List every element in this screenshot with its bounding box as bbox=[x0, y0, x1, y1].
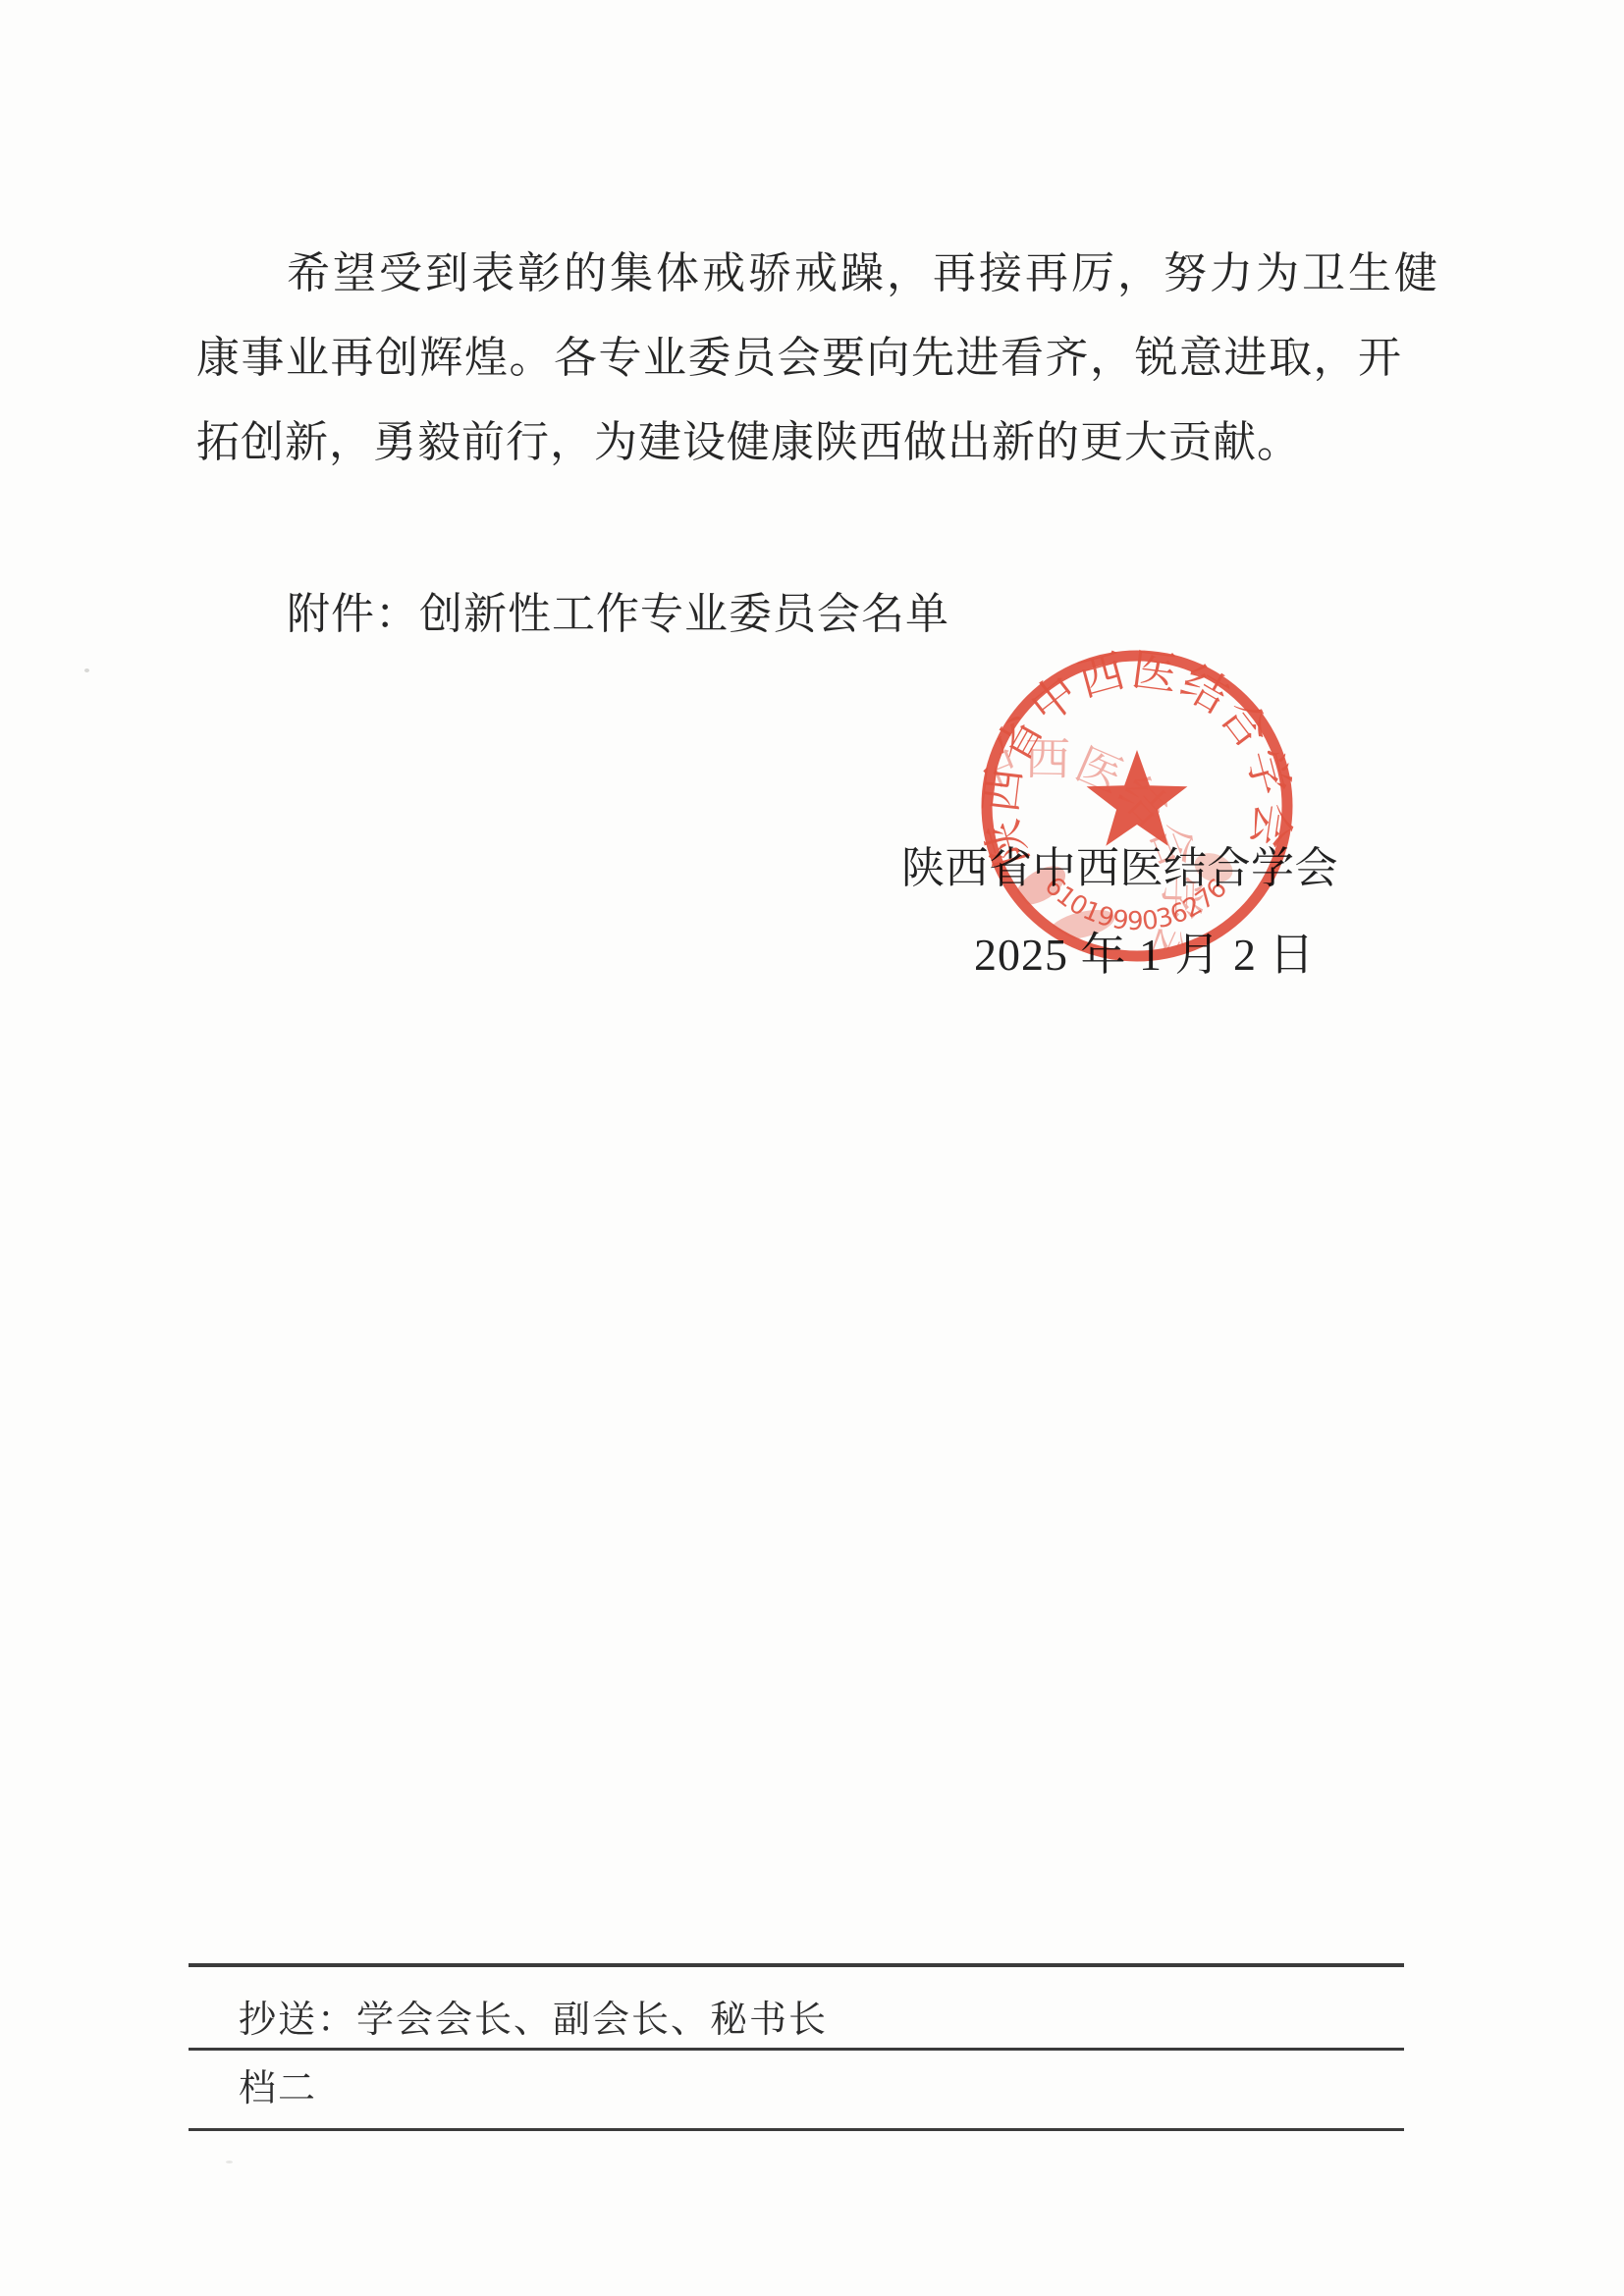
scan-speck bbox=[226, 2161, 233, 2163]
scan-speck bbox=[84, 668, 89, 672]
paragraph-line: 康事业再创辉煌。各专业委员会要向先进看齐，锐意进取，开 bbox=[196, 316, 1419, 400]
paragraph-line: 拓创新，勇毅前行，为建设健康陕西做出新的更大贡献。 bbox=[196, 400, 1419, 485]
seal-star-icon bbox=[1087, 750, 1188, 846]
seal-ring-text: 陕西省中西医结合学会 bbox=[975, 645, 1298, 872]
footer-rule-top bbox=[189, 1963, 1404, 1967]
footer-rule-bottom bbox=[189, 2128, 1404, 2131]
footer-archive-line: 档二 bbox=[239, 2067, 317, 2110]
footer-cc-line: 抄送：学会会长、副会长、秘书长 bbox=[239, 1999, 828, 2042]
footer-rule-middle bbox=[189, 2048, 1404, 2051]
paragraph-line: 希望受到表彰的集体戒骄戒躁，再接再厉，努力为卫生健 bbox=[196, 232, 1419, 316]
scanned-document-page: 希望受到表彰的集体戒骄戒躁，再接再厉，努力为卫生健 康事业再创辉煌。各专业委员会… bbox=[0, 0, 1624, 2296]
seal-main-impression: 陕西省中西医结合学会 6101999036276 bbox=[975, 645, 1298, 956]
seal-ring bbox=[987, 656, 1287, 956]
attachment-line: 附件：创新性工作专业委员会名单 bbox=[287, 590, 949, 639]
signature-date: 2025 年 1 月 2 日 bbox=[974, 929, 1316, 982]
body-paragraph: 希望受到表彰的集体戒骄戒躁，再接再厉，努力为卫生健 康事业再创辉煌。各专业委员会… bbox=[196, 232, 1419, 485]
signature-organization: 陕西省中西医结合学会 bbox=[901, 844, 1338, 893]
